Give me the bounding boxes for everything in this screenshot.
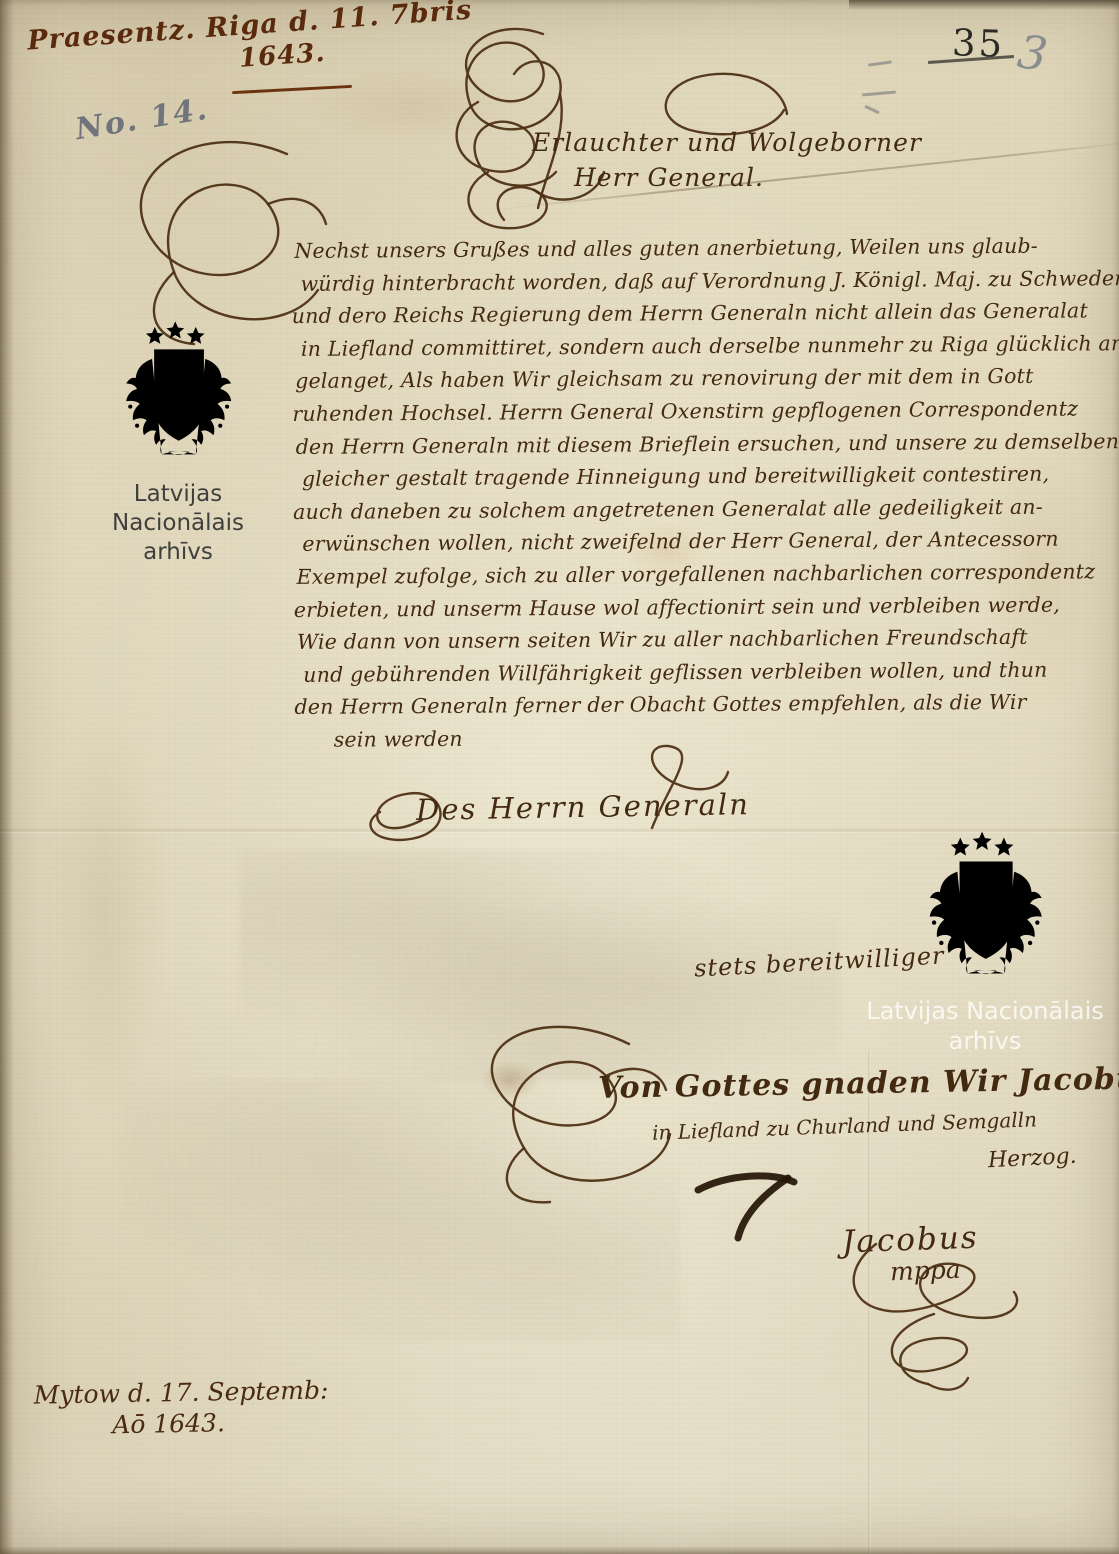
body-line: den Herrn Generaln ferner der Obacht Got… [294, 685, 1119, 723]
closing-address: Des Herrn Generaln [416, 787, 750, 827]
ink-spot [480, 1060, 540, 1100]
pencil-mark [862, 91, 896, 97]
registration-underline [232, 85, 352, 94]
body-line: gleicher gestalt tragende Hinneigung und… [302, 457, 1119, 495]
page-edge [0, 1546, 1119, 1554]
titulature-line2: in Liefland zu Churland und Semgalln [652, 1107, 1038, 1144]
coat-of-arms-icon [88, 318, 268, 468]
body-line: Nechst unsers Grußes und alles guten ane… [294, 229, 1119, 267]
archive-name-line2: arhīvs [143, 539, 213, 565]
salutation-line1: Erlauchter und Wolgeborner [532, 128, 922, 157]
paper-stain [300, 60, 530, 150]
page-edge [849, 0, 1119, 10]
pencil-mark [868, 60, 892, 66]
page-edge [0, 0, 14, 1554]
watermark-name-line1: Latvijas Nacionālais [866, 997, 1104, 1025]
manuscript-scan: Praesentz. Riga d. 11. 7bris 1643. No. 1… [0, 0, 1119, 1554]
signature-note: mppa [890, 1255, 962, 1286]
registration-note: Praesentz. Riga d. 11. 7bris 1643. [26, 0, 475, 88]
paper-stain [40, 700, 170, 1120]
salutation-line2: Herr General. [574, 163, 922, 192]
body-text: Nechst unsers Grußes und alles guten ane… [294, 229, 1119, 756]
body-line: Wie dann von unsern seiten Wir zu aller … [297, 620, 1119, 658]
calligraphic-flourish-titulature [424, 1014, 689, 1209]
dateline: Mytow d. 17. Septemb: Aō 1643. [33, 1375, 329, 1440]
archive-watermark: Latvijas Nacionālais arhīvs [880, 828, 1090, 1056]
body-line: ruhenden Hochsel. Herrn General Oxenstir… [292, 392, 1119, 430]
dateline-line1: Mytow d. 17. Septemb: [33, 1375, 328, 1409]
dateline-line2: Aō 1643. [112, 1406, 329, 1439]
folio-number-pencil: 3 [1014, 24, 1051, 82]
bold-pen-stroke [690, 1168, 805, 1243]
ink-bleedthrough [120, 1080, 680, 1340]
pencil-mark [864, 105, 880, 114]
salutation: Erlauchter und Wolgeborner Herr General. [532, 128, 922, 192]
archive-name-line1: Latvijas Nacionālais [112, 481, 244, 536]
document-number: No. 14. [73, 92, 211, 148]
body-line: Exempel zufolge, sich zu aller vorgefall… [296, 555, 1119, 593]
watermark-name: Latvijas Nacionālais arhīvs [820, 996, 1119, 1056]
titulature-line1: Von Gottes gnaden Wir Jacobus [598, 1061, 1119, 1106]
watermark-name-line2: arhīvs [949, 1027, 1022, 1055]
archive-logo: Latvijas Nacionālais arhīvs [88, 318, 268, 567]
body-line: sein werden [334, 718, 1119, 756]
archive-name: Latvijas Nacionālais arhīvs [88, 480, 268, 567]
titulature-line3: Herzog. [987, 1144, 1077, 1174]
body-line: und dero Reichs Regierung dem Herrn Gene… [292, 294, 1119, 332]
